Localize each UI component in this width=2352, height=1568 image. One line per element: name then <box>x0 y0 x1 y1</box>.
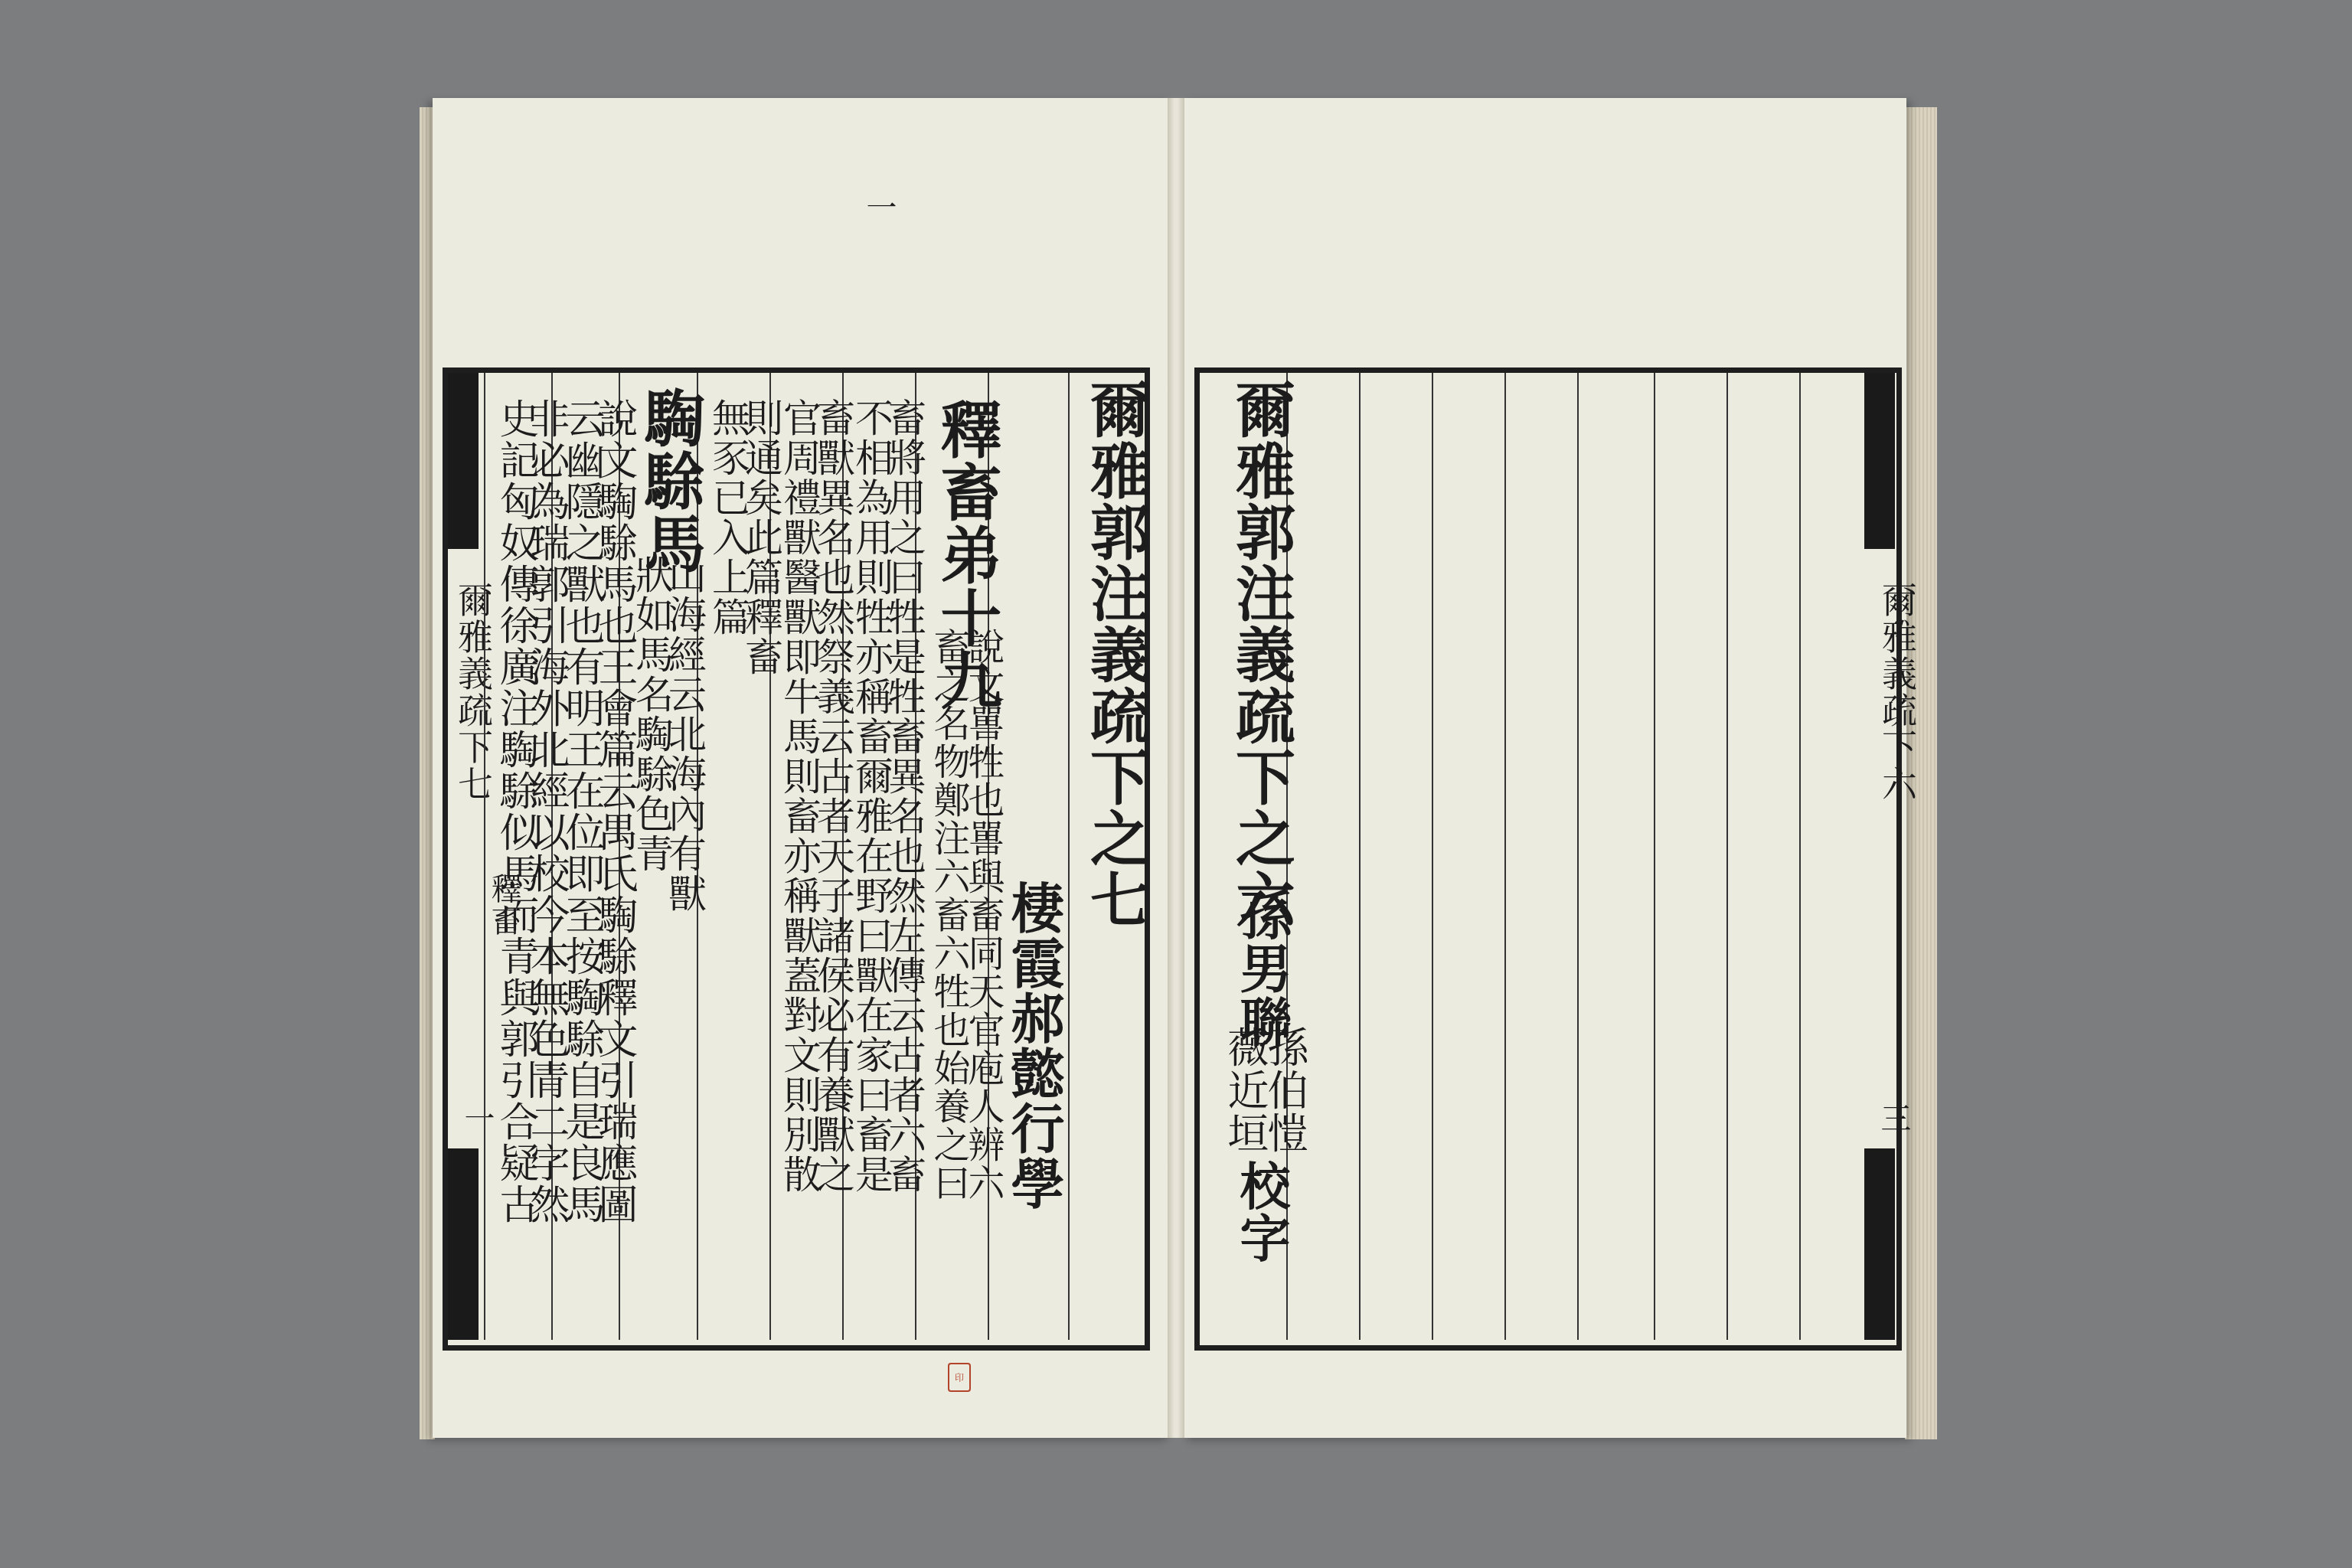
banxin-fishtail-bottom <box>448 1148 479 1340</box>
column-rule <box>1359 373 1361 1340</box>
folio-mark: 一 <box>857 191 901 224</box>
commentary-column: 史記匈奴傳徐廣注騊駼似馬而青與郭引合疑古 <box>487 398 544 1225</box>
banxin-fishtail-top <box>448 373 479 549</box>
proofreader-line-1: 孫男聯 <box>1225 888 1299 1049</box>
proofreader-line-2b: 薇近垣 <box>1216 1026 1275 1155</box>
column-rule <box>1504 373 1506 1340</box>
book-gutter <box>1168 98 1184 1438</box>
column-rule <box>484 373 485 1340</box>
volume-title: 爾雅郭注義疏下之六 <box>1217 379 1303 930</box>
banxin-fishtail-top <box>1864 373 1895 549</box>
banxin-fishtail-bottom <box>1864 1148 1895 1340</box>
column-rule <box>1577 373 1579 1340</box>
column-rule <box>1654 373 1655 1340</box>
red-seal: 印 <box>948 1363 971 1392</box>
column-rule <box>1432 373 1433 1340</box>
volume-title: 爾雅郭注義疏下之七 <box>1072 379 1158 930</box>
banxin-title: 爾雅義疏下六 <box>1872 582 1922 802</box>
banxin-page-number: 三 <box>1872 1102 1916 1135</box>
column-rule <box>1799 373 1801 1340</box>
proofreader-line-3: 校字 <box>1225 1160 1298 1264</box>
column-rule <box>1726 373 1728 1340</box>
